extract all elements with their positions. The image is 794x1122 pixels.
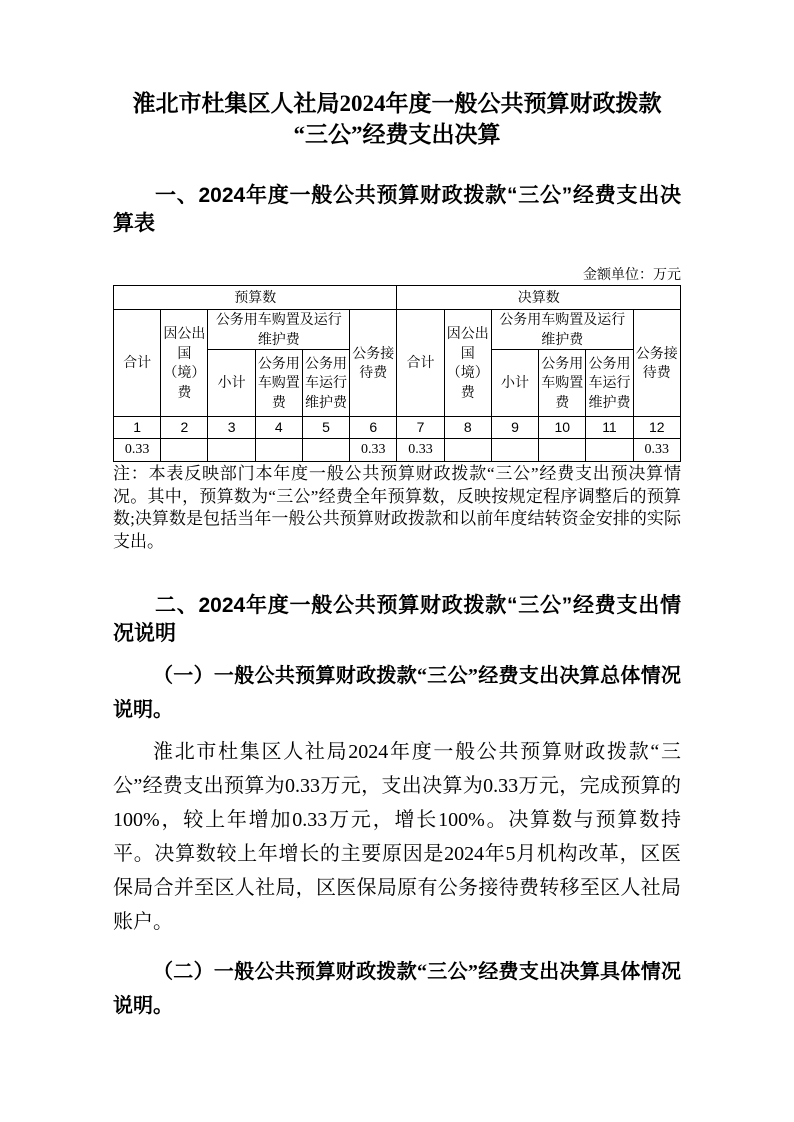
value-cell [161,439,208,462]
value-cell [491,439,538,462]
header-budget-vehicle-subtotal: 小计 [208,350,255,417]
column-number: 1 [114,417,161,439]
value-cell: 0.33 [350,439,397,462]
value-cell: 0.33 [114,439,161,462]
group-header-final: 决算数 [397,286,681,310]
column-number: 3 [208,417,255,439]
header-final-vehicle-purchase: 公务用车购置费 [539,350,586,417]
column-number: 2 [161,417,208,439]
section2-heading: 二、2024年度一般公共预算财政拨款“三公”经费支出情况说明 [113,592,681,648]
document-content: 淮北市杜集区人社局2024年度一般公共预算财政拨款 “三公”经费支出决算 一、2… [113,0,681,1023]
overall-situation-paragraph: 淮北市杜集区人社局2024年度一般公共预算财政拨款“三公”经费支出预算为0.33… [113,735,681,939]
value-cell: 0.33 [397,439,444,462]
column-number: 11 [586,417,633,439]
table-column-number-row: 1 2 3 4 5 6 7 8 9 10 11 12 [114,417,681,439]
table-group-header-row: 预算数 决算数 [114,286,681,310]
column-number: 6 [350,417,397,439]
value-cell [444,439,491,462]
table-value-row: 0.33 0.33 0.33 0.33 [114,439,681,462]
table-unit-label: 金额单位：万元 [113,266,681,283]
column-number: 7 [397,417,444,439]
header-budget-vehicle-group: 公务用车购置及运行维护费 [208,310,350,350]
header-budget-abroad: 因公出国（境）费 [161,310,208,417]
column-number: 10 [539,417,586,439]
header-final-vehicle-maintenance: 公务用车运行维护费 [586,350,633,417]
subsection1-heading: （一）一般公共预算财政拨款“三公”经费支出决算总体情况说明。 [113,659,681,727]
value-cell [302,439,349,462]
section1-heading: 一、2024年度一般公共预算财政拨款“三公”经费支出决算表 [113,182,681,238]
value-cell: 0.33 [633,439,680,462]
header-budget-vehicle-purchase: 公务用车购置费 [255,350,302,417]
header-budget-total: 合计 [114,310,161,417]
header-budget-reception: 公务接待费 [350,310,397,417]
value-cell [586,439,633,462]
group-header-budget: 预算数 [114,286,397,310]
column-number: 4 [255,417,302,439]
value-cell [208,439,255,462]
table-note: 注：本表反映部门本年度一般公共预算财政拨款“三公”经费支出预决算情况。其中，预算… [113,463,681,553]
table-header-row-upper: 合计 因公出国（境）费 公务用车购置及运行维护费 公务接待费 合计 因公出国（境… [114,310,681,350]
subsection2-heading: （二）一般公共预算财政拨款“三公”经费支出决算具体情况说明。 [113,955,681,1023]
column-number: 8 [444,417,491,439]
document-title-line2: “三公”经费支出决算 [113,119,681,150]
column-number: 5 [302,417,349,439]
header-budget-vehicle-maintenance: 公务用车运行维护费 [302,350,349,417]
document-title-line1: 淮北市杜集区人社局2024年度一般公共预算财政拨款 [113,88,681,119]
column-number: 9 [491,417,538,439]
value-cell [255,439,302,462]
header-final-vehicle-group: 公务用车购置及运行维护费 [491,310,633,350]
document-title: 淮北市杜集区人社局2024年度一般公共预算财政拨款 “三公”经费支出决算 [113,0,681,150]
header-final-vehicle-subtotal: 小计 [491,350,538,417]
header-final-reception: 公务接待费 [633,310,680,417]
header-final-abroad: 因公出国（境）费 [444,310,491,417]
sangong-expenditure-table: 预算数 决算数 合计 因公出国（境）费 公务用车购置及运行维护费 公务接待费 合… [113,285,681,462]
value-cell [539,439,586,462]
header-final-total: 合计 [397,310,444,417]
column-number: 12 [633,417,680,439]
document-page: 淮北市杜集区人社局2024年度一般公共预算财政拨款 “三公”经费支出决算 一、2… [0,0,794,1122]
